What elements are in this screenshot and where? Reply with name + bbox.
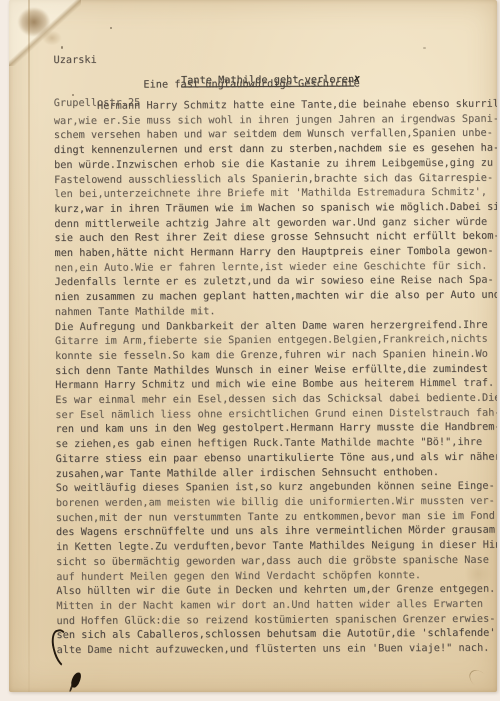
text-line: und Hoffen Glück:die so reizend kostümie… bbox=[56, 612, 497, 629]
text-line: len bei,unterzeichnete ihre Briefe mit '… bbox=[54, 186, 496, 203]
paper-speck bbox=[110, 27, 112, 29]
scan-background: { "colors": { "paper": "#e9d7b5", "ink":… bbox=[0, 0, 500, 701]
paper-speck bbox=[61, 46, 63, 49]
right-smudge-stain bbox=[461, 556, 495, 592]
paper-speck bbox=[423, 47, 426, 49]
paper-sheet: Uzarski Grupellostr.25 Tante Mathilde ge… bbox=[9, 0, 497, 692]
text-line: konnte sie fesseln.So kam die Grenze,fuh… bbox=[55, 348, 497, 365]
text-line: ser Esel nämlich liess ohne ersichtliche… bbox=[55, 406, 497, 423]
paragraph-3: So weitläufig dieses Spanien ist,so kurz… bbox=[56, 480, 497, 585]
text-line: se ziehen,es gab einen heftigen Ruck.Tan… bbox=[55, 436, 497, 453]
text-line: Jedenfalls lernte er es zuletzt,und da w… bbox=[55, 274, 497, 291]
top-left-stain-halo bbox=[39, 28, 65, 48]
paragraph-4: Also hüllten wir die Gute in Decken und … bbox=[56, 583, 497, 659]
left-edge-crease bbox=[28, 0, 30, 692]
typed-content: Uzarski Grupellostr.25 Tante Mathilde ge… bbox=[9, 0, 497, 692]
paragraph-2: Die Aufregung und Dankbarkeit der alten … bbox=[55, 318, 497, 482]
text-line: schem versehen haben und war seitdem dem… bbox=[54, 127, 496, 144]
text-line: alte Dame nicht aufzuwecken,und flüstert… bbox=[57, 642, 497, 659]
page-subtitle: Eine fast unglaubwürdige Geschichte bbox=[9, 77, 496, 94]
paper-speck bbox=[72, 94, 74, 96]
body-text: Hermann Harry Schmitz hatte eine Tante,d… bbox=[54, 98, 497, 659]
text-line: denn mittlerweile achtzig Jahre alt gewo… bbox=[54, 215, 496, 232]
paragraph-1: Hermann Harry Schmitz hatte eine Tante,d… bbox=[54, 98, 497, 321]
text-line: Gitarre stiess ein paar ebenso unartikul… bbox=[56, 451, 497, 468]
text-line: suchen,mit der nun verstummten Tante zu … bbox=[56, 509, 497, 526]
